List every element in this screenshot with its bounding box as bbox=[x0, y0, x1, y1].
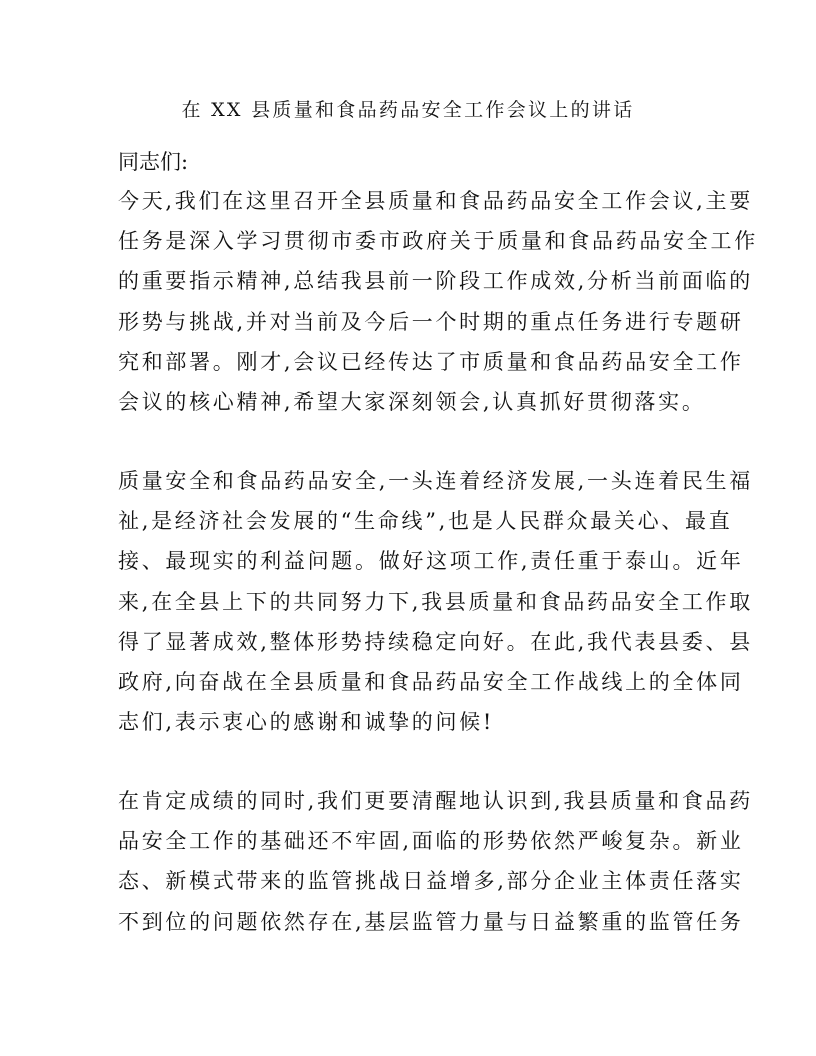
document-title: 在 XX 县质量和食品药品安全工作会议上的讲话 bbox=[0, 97, 816, 123]
paragraph-challenges: 在肯定成绩的同时,我们更要清醒地认识到,我县质量和食品药 品安全工作的基础还不牢… bbox=[118, 786, 718, 947]
paragraph-achievements: 质量安全和食品药品安全,一头连着经济发展,一头连着民生福 祉,是经济社会发展的“… bbox=[118, 466, 718, 747]
text-line: 究和部署。刚才,会议已经传达了市质量和食品药品安全工作 bbox=[118, 347, 718, 387]
text-line: 任务是深入学习贯彻市委市政府关于质量和食品药品安全工作 bbox=[118, 226, 718, 266]
text-line: 今天,我们在这里召开全县质量和食品药品安全工作会议,主要 bbox=[118, 186, 718, 226]
salutation: 同志们: bbox=[118, 147, 188, 177]
text-line: 接、最现实的利益问题。做好这项工作,责任重于泰山。近年 bbox=[118, 546, 718, 586]
text-line: 祉,是经济社会发展的“生命线”,也是人民群众最关心、最直 bbox=[118, 506, 718, 546]
text-line: 态、新模式带来的监管挑战日益增多,部分企业主体责任落实 bbox=[118, 866, 718, 906]
text-line: 在肯定成绩的同时,我们更要清醒地认识到,我县质量和食品药 bbox=[118, 786, 718, 826]
document-page: 在 XX 县质量和食品药品安全工作会议上的讲话 同志们: 今天,我们在这里召开全… bbox=[0, 0, 816, 1056]
text-line: 的重要指示精神,总结我县前一阶段工作成效,分析当前面临的 bbox=[118, 266, 718, 306]
text-line: 志们,表示衷心的感谢和诚挚的问候! bbox=[118, 707, 718, 747]
text-line: 政府,向奋战在全县质量和食品药品安全工作战线上的全体同 bbox=[118, 667, 718, 707]
text-line: 不到位的问题依然存在,基层监管力量与日益繁重的监管任务 bbox=[118, 907, 718, 947]
text-line: 会议的核心精神,希望大家深刻领会,认真抓好贯彻落实。 bbox=[118, 387, 718, 427]
paragraph-opening: 今天,我们在这里召开全县质量和食品药品安全工作会议,主要 任务是深入学习贯彻市委… bbox=[118, 186, 718, 427]
text-line: 品安全工作的基础还不牢固,面临的形势依然严峻复杂。新业 bbox=[118, 826, 718, 866]
text-line: 形势与挑战,并对当前及今后一个时期的重点任务进行专题研 bbox=[118, 307, 718, 347]
text-line: 来,在全县上下的共同努力下,我县质量和食品药品安全工作取 bbox=[118, 587, 718, 627]
text-line: 得了显著成效,整体形势持续稳定向好。在此,我代表县委、县 bbox=[118, 627, 718, 667]
text-line: 质量安全和食品药品安全,一头连着经济发展,一头连着民生福 bbox=[118, 466, 718, 506]
